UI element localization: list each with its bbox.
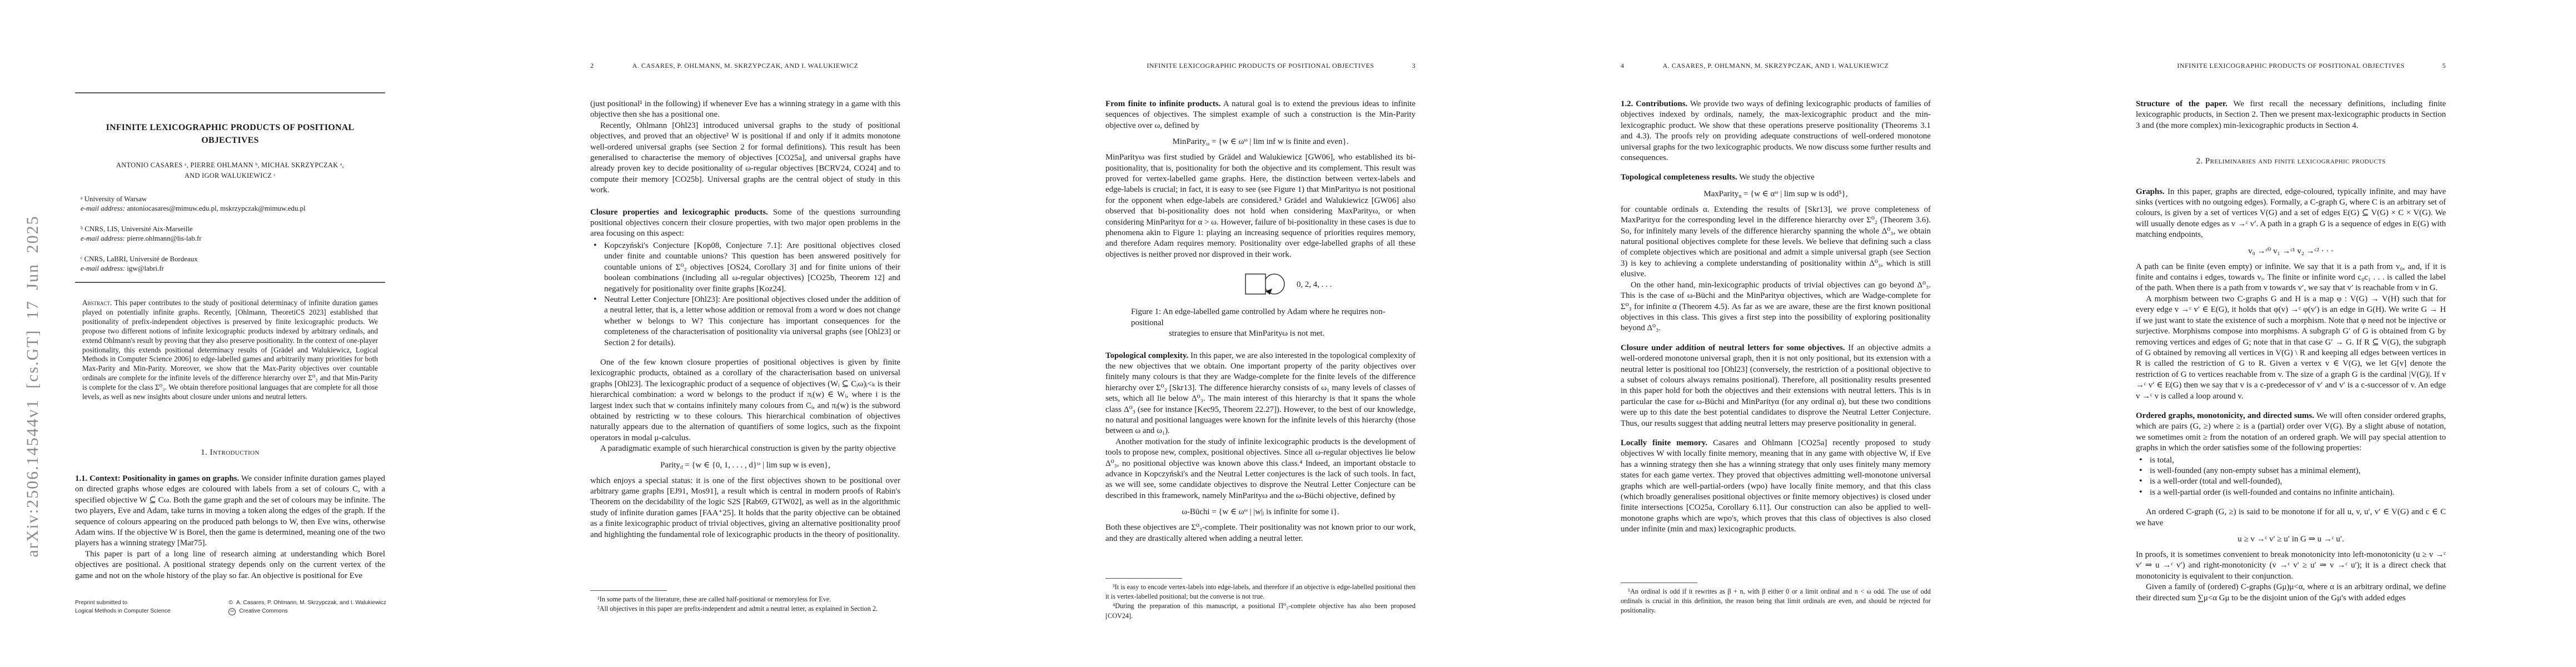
footnote-rule [1621,583,1697,583]
paper-title: INFINITE LEXICOGRAPHIC PRODUCTS OF POSIT… [75,122,385,147]
equation-text: | lim sup w is odd⁵}, [1778,190,1848,198]
affiliation: ᵇ CNRS, LIS, Université Aix-Marseille e-… [81,225,385,244]
paragraph: (just positional¹ in the following) if w… [590,99,900,121]
display-equation-monotone: u ≥ v →ᶜ v′ ≥ u′ in G ⇒ u →ᶜ u′. [2136,534,2446,545]
running-head: INFINITE LEXICOGRAPHIC PRODUCTS OF POSIT… [1105,62,1416,70]
bullet-list: • is total, • is well-founded (any non-e… [2136,455,2446,499]
abstract: Abstract. This paper contributes to the … [82,298,378,402]
paragraph: A paradigmatic example of such hierarchi… [590,444,900,454]
paragraph: Locally finite memory. Casares and Ohlma… [1621,438,1931,535]
bullet-icon: • [2139,476,2145,487]
paragraph: 1.2. Contributions. We provide two ways … [1621,99,1931,163]
runin-heading: Structure of the paper. [2136,99,2228,108]
paragraph: A path can be finite (even empty) or inf… [2136,262,2446,294]
runin-heading: Ordered graphs, monotonicity, and direct… [2136,411,2314,420]
affiliation-email: e-mail address: igw@labri.fr [81,264,385,273]
affiliation-institution: ᵇ CNRS, LIS, Université Aix-Marseille [81,225,385,234]
bullet-icon: • [594,241,599,295]
list-item-text: Kopczyński's Conjecture [Kop08, Conjectu… [604,241,900,295]
author-list: ANTONIO CASARES ᵃ, PIERRE OHLMANN ᵇ, MIC… [75,160,385,181]
equation-text: = {w ∈ {0, 1, . . . , d} [683,461,758,470]
affiliation: ᶜ CNRS, LaBRI, Université de Bordeaux e-… [81,255,385,274]
page-5: INFINITE LEXICOGRAPHIC PRODUCTS OF POSIT… [2061,0,2576,667]
footer-copyright-row: © A. Casares, P. Ohlmann, M. Skrzypczak,… [228,599,386,608]
running-head: 4 A. CASARES, P. OHLMANN, M. SKRZYPCZAK,… [1621,62,1931,70]
footnotes: ³It is easy to encode vertex-labels into… [1105,578,1416,621]
equation-text: = {w ∈ ω [1210,507,1244,516]
footnote: ³It is easy to encode vertex-labels into… [1105,583,1416,601]
email-label: e-mail address: [81,205,125,212]
paragraph-text: Casares and Ohlmann [CO25a] recently pro… [1621,439,1931,534]
copyright-icon: © [228,599,233,608]
footnotes: ⁵An ordinal is odd if it rewrites as β +… [1621,583,1931,616]
bullet-icon: • [2139,455,2145,466]
display-equation-parity: Parityd = {w ∈ {0, 1, . . . , d}ω | lim … [590,460,900,471]
affiliation-institution: ᶜ CNRS, LaBRI, Université de Bordeaux [81,255,385,264]
email-value: pierre.ohlmann@lis-lab.fr [127,235,201,242]
author-line: ANTONIO CASARES ᵃ, PIERRE OHLMANN ᵇ, MIC… [75,160,385,171]
display-equation-path: v₀ →ᶜ⁰ v₁ →ᶜ¹ v₂ →ᶜ² · · · [2136,246,2446,257]
paragraph: Recently, Ohlmann [Ohl23] introduced uni… [590,121,900,196]
runin-heading: Topological complexity. [1105,351,1188,360]
paper-title-line2: OBJECTIVES [75,135,385,147]
runin-heading: Locally finite memory. [1621,439,1707,447]
list-item: • is total, [2139,455,2446,466]
runin-heading: From finite to infinite products. [1105,99,1220,108]
display-equation-maxparity: MaxParityα = {w ∈ αω | lim sup w is odd⁵… [1621,188,1931,200]
game-graph-figure [1240,267,1293,302]
paragraph: One of the few known closure properties … [590,357,900,444]
paragraph: This paper is part of a long line of res… [75,549,385,581]
affiliation-institution: ᵃ University of Warsaw [81,195,385,204]
paragraph: Topological completeness results. We stu… [1621,172,1931,183]
paragraph-text: In this paper, graphs are directed, edge… [2136,187,2446,240]
list-item-text: Neutral Letter Conjecture [Ohl23]: Are p… [604,295,900,349]
running-head-text: A. CASARES, P. OHLMANN, M. SKRZYPCZAK, A… [1621,62,1931,70]
runin-heading: Topological completeness results. [1621,173,1737,182]
subsection-heading: 1.2. Contributions. [1621,99,1687,108]
paper-title-line1: INFINITE LEXICOGRAPHIC PRODUCTS OF POSIT… [75,122,385,135]
paragraph: Given a family of (ordered) C-graphs (Gμ… [2136,582,2446,604]
body-column: Structure of the paper. We first recall … [2136,99,2446,655]
footnote-rule [1105,578,1182,579]
footer-license: Creative Commons [239,608,287,616]
runin-heading: Closure properties and lexicographic pro… [590,208,768,217]
footnote: ⁵An ordinal is odd if it rewrites as β +… [1621,587,1931,616]
equation-text: MinParity [1173,137,1206,146]
figure-caption-line1: Figure 1: An edge-labelled game controll… [1131,307,1416,328]
paragraph: Closure properties and lexicographic pro… [590,207,900,240]
list-item-text: is total, [2150,455,2446,466]
abstract-label: Abstract. [82,298,112,307]
affiliation-email: e-mail address: antoniocasares@mimuw.edu… [81,204,385,213]
adam-vertex-square [1245,274,1265,294]
arxiv-watermark: arXiv:2506.14544v1 [cs.GT] 17 Jun 2025 [23,215,42,557]
paragraph: Topological complexity. In this paper, w… [1105,351,1416,437]
running-head-text: A. CASARES, P. OHLMANN, M. SKRZYPCZAK, A… [590,62,900,70]
page-4: 4 A. CASARES, P. OHLMANN, M. SKRZYPCZAK,… [1546,0,2061,667]
equation-text: = {w ∈ α [1741,190,1775,198]
paragraph: Both these objectives are Σ⁰₃-complete. … [1105,522,1416,544]
paragraph: From finite to infinite products. A natu… [1105,99,1416,131]
affiliation: ᵃ University of Warsaw e-mail address: a… [81,195,385,214]
footnote: ⁴During the preparation of this manuscri… [1105,601,1416,620]
paragraph: for countable ordinals α. Extending the … [1621,205,1931,280]
runin-heading: Graphs. [2136,187,2165,196]
horizontal-rule [75,282,385,283]
creative-commons-icon: cc [228,608,236,615]
figure-1: 0, 2, 4, . . . [1240,267,1416,302]
list-item-text: is a well-order (total and well-founded)… [2150,476,2446,487]
list-item: • Neutral Letter Conjecture [Ohl23]: Are… [594,295,900,349]
list-item: • is a well-partial order (is well-found… [2139,487,2446,498]
running-head-text: INFINITE LEXICOGRAPHIC PRODUCTS OF POSIT… [2136,62,2446,70]
paragraph: which enjoys a special status: it is one… [590,476,900,540]
paragraph: Closure under addition of neutral letter… [1621,343,1931,429]
list-item: • is a well-order (total and well-founde… [2139,476,2446,487]
equation-text: = {w ∈ ω [1209,137,1244,146]
page-1: arXiv:2506.14544v1 [cs.GT] 17 Jun 2025 I… [0,0,515,667]
page-number: 3 [1412,62,1416,70]
body-column: (just positional¹ in the following) if w… [590,99,900,588]
footer-submitted-to: Preprint submitted to [75,599,171,608]
document-canvas: arXiv:2506.14544v1 [cs.GT] 17 Jun 2025 I… [0,0,2576,667]
paragraph: An ordered C-graph (G, ≥) is said to be … [2136,507,2446,529]
body-column: 1.2. Contributions. We provide two ways … [1621,99,1931,579]
email-label: e-mail address: [81,235,125,242]
list-item-text: is well-founded (any non-empty subset ha… [2150,466,2446,476]
email-value: igw@labri.fr [127,265,164,272]
section-heading-preliminaries: 2. Preliminaries and finite lexicographi… [2136,156,2446,166]
page-number: 5 [2443,62,2447,70]
equation-text: | lim inf w is finite and even}. [1248,137,1349,146]
author-line: AND IGOR WALUKIEWICZ ᶜ [75,171,385,181]
list-item: • Kopczyński's Conjecture [Kop08, Conjec… [594,241,900,295]
runin-heading: Closure under addition of neutral letter… [1621,344,1845,352]
footer-right: © A. Casares, P. Ohlmann, M. Skrzypczak,… [228,599,386,615]
page-3: INFINITE LEXICOGRAPHIC PRODUCTS OF POSIT… [1030,0,1546,667]
display-equation-minparity: MinParityω = {w ∈ ωω | lim inf w is fini… [1105,136,1416,147]
list-item: • is well-founded (any non-empty subset … [2139,466,2446,476]
paragraph-text: We provide two ways of defining lexicogr… [1621,99,1931,162]
figure-caption-line2: strategies to ensure that MinParityω is … [1169,328,1416,339]
affiliations: ᵃ University of Warsaw e-mail address: a… [81,195,385,284]
list-item-text: is a well-partial order (is well-founded… [2150,487,2446,498]
bullet-icon: • [2139,466,2145,476]
bullet-icon: • [594,295,599,349]
equation-text: | lim sup w is even}, [760,461,830,470]
equation-text: MaxParity [1703,190,1738,198]
running-head-text: INFINITE LEXICOGRAPHIC PRODUCTS OF POSIT… [1105,62,1416,70]
page-number: 2 [590,62,594,70]
paragraph: A morphism between two C-graphs G and H … [2136,294,2446,402]
paragraph: Graphs. In this paper, graphs are direct… [2136,187,2446,241]
body-column: 1.1. Context: Positionality in games on … [75,474,385,581]
subsection-heading: 1.1. Context: Positionality in games on … [75,474,239,483]
abstract-text: This paper contributes to the study of p… [82,298,378,401]
edge-label: 0, 2, 4, . . . [1297,280,1332,290]
paragraph: MinParityω was first studied by Grädel a… [1105,152,1416,260]
section-heading-introduction: 1. Introduction [75,447,385,457]
page-2: 2 A. CASARES, P. OHLMANN, M. SKRZYPCZAK,… [515,0,1030,667]
paragraph: Ordered graphs, monotonicity, and direct… [2136,411,2446,454]
bullet-list: • Kopczyński's Conjecture [Kop08, Conjec… [590,241,900,349]
email-value: antoniocasares@mimuw.edu.pl, mskrzypczak… [127,205,305,212]
footnotes: ¹In some parts of the literature, these … [590,590,900,614]
footnote: ²All objectives in this paper are prefix… [590,604,900,614]
equation-text: ω-Büchi [1182,507,1209,516]
footer-journal: Logical Methods in Computer Science [75,608,171,616]
equation-text: | |w|ᵢ is infinite for some i}. [1248,507,1339,516]
running-head: INFINITE LEXICOGRAPHIC PRODUCTS OF POSIT… [2136,62,2446,70]
paragraph: On the other hand, min-lexicographic pro… [1621,280,1931,334]
footer-license-row: cc Creative Commons [228,608,386,616]
body-column: From finite to infinite products. A natu… [1105,99,1416,575]
paragraph: Structure of the paper. We first recall … [2136,99,2446,131]
paragraph: 1.1. Context: Positionality in games on … [75,474,385,549]
paragraph-text: In this paper, we are also interested in… [1105,351,1416,436]
paragraph-text: We consider infinite duration games play… [75,474,385,547]
bullet-icon: • [2139,487,2145,498]
footer-copyright-authors: A. Casares, P. Ohlmann, M. Skrzypczak, a… [236,599,386,608]
horizontal-rule [75,92,385,93]
footer-left: Preprint submitted to Logical Methods in… [75,599,171,615]
email-label: e-mail address: [81,265,125,272]
running-head: 2 A. CASARES, P. OHLMANN, M. SKRZYPCZAK,… [590,62,900,70]
paragraph: Another motivation for the study of infi… [1105,437,1416,501]
paragraph: In proofs, it is sometimes convenient to… [2136,550,2446,582]
affiliation-email: e-mail address: pierre.ohlmann@lis-lab.f… [81,234,385,243]
footnote-rule [590,590,667,591]
equation-text: Parity [660,461,680,470]
paragraph-text: If an objective admits a well-ordered mo… [1621,344,1931,428]
page-footer: Preprint submitted to Logical Methods in… [75,599,386,615]
display-equation-buchi: ω-Büchi = {w ∈ ωω | |w|ᵢ is infinite for… [1105,506,1416,517]
footnote: ¹In some parts of the literature, these … [590,595,900,604]
paragraph-text: We study the objective [1739,173,1815,182]
page-number: 4 [1621,62,1625,70]
